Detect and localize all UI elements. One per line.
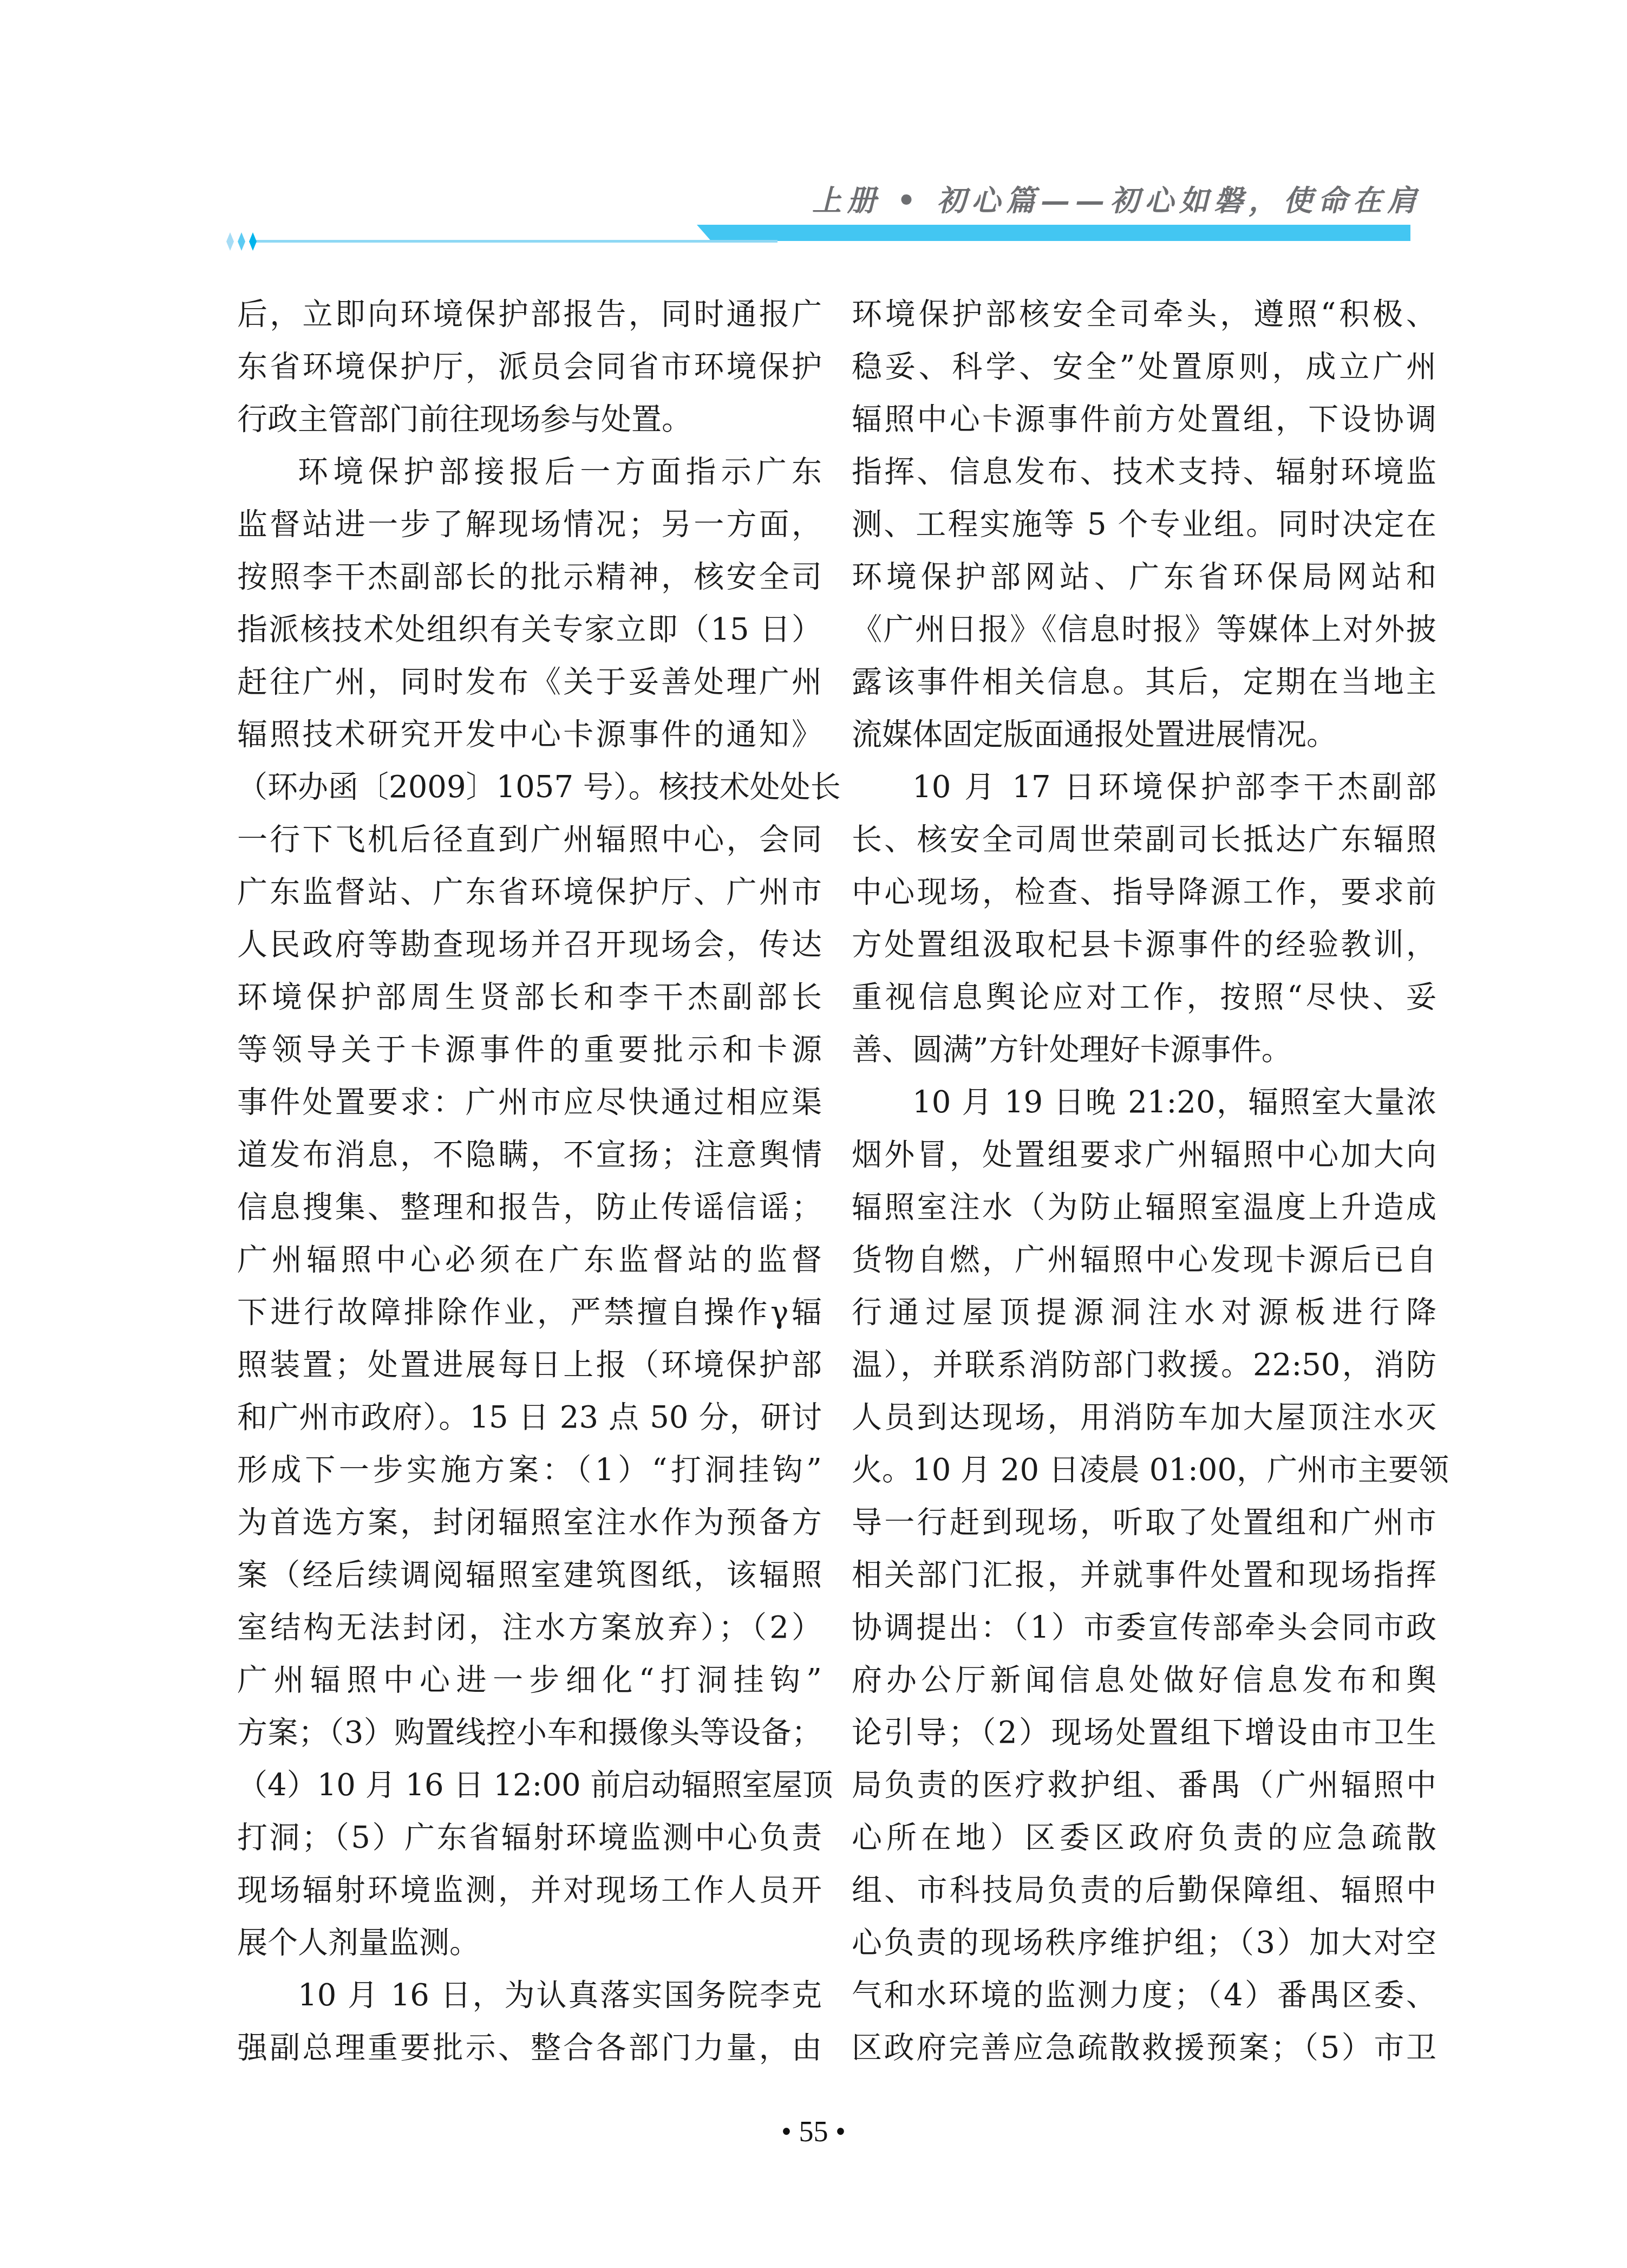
text-line: 流媒体固定版面通报处置进展情况。: [852, 708, 1436, 761]
text-line: 区政府完善应急疏散救援预案；（5）市卫: [852, 2022, 1436, 2074]
text-line: 室结构无法封闭，注水方案放弃）；（2）: [237, 1601, 822, 1654]
text-line: 火。10 月 20 日凌晨 01:00，广州市主要领: [852, 1444, 1436, 1496]
paragraph-start: 环境保护部接报后一方面指示广东: [237, 446, 822, 498]
text-line: 等领导关于卡源事件的重要批示和卡源: [237, 1024, 822, 1076]
left-text-column: 后，立即向环境保护部报告，同时通报广 东省环境保护厅，派员会同省市环境保护 行政…: [237, 288, 822, 2074]
text-line: 《广州日报》《信息时报》等媒体上对外披: [852, 603, 1436, 656]
text-line: 广州辐照中心进一步细化“打洞挂钩”: [237, 1654, 822, 1706]
text-line: 人员到达现场，用消防车加大屋顶注水灭: [852, 1391, 1436, 1444]
text-line: 协调提出：（1）市委宣传部牵头会同市政: [852, 1601, 1436, 1654]
text-line: 环境保护部网站、广东省环保局网站和: [852, 551, 1436, 603]
text-line: 货物自燃，广州辐照中心发现卡源后已自: [852, 1234, 1436, 1286]
text-line: 展个人剂量监测。: [237, 1917, 822, 1969]
text-line: 赶往广州，同时发布《关于妥善处理广州: [237, 656, 822, 708]
text-line: 行政主管部门前往现场参与处置。: [237, 393, 822, 446]
text-line: 心所在地）区委区政府负责的应急疏散: [852, 1811, 1436, 1864]
text-line: 道发布消息，不隐瞒，不宣扬；注意舆情: [237, 1129, 822, 1181]
paragraph-start: 10 月 17 日环境保护部李干杰副部: [852, 761, 1436, 813]
text-line: 长、核安全司周世荣副司长抵达广东辐照: [852, 813, 1436, 866]
diamond-icon: [226, 232, 234, 251]
text-line: 指挥、信息发布、技术支持、辐射环境监: [852, 446, 1436, 498]
text-line: 辐照室注水（为防止辐照室温度上升造成: [852, 1181, 1436, 1234]
text-line: 局负责的医疗救护组、番禺（广州辐照中: [852, 1759, 1436, 1811]
text-line: 现场辐射环境监测，并对现场工作人员开: [237, 1864, 822, 1917]
text-line: 事件处置要求：广州市应尽快通过相应渠: [237, 1076, 822, 1129]
text-line: 广东监督站、广东省环境保护厅、广州市: [237, 866, 822, 918]
running-header-title: 上册 • 初心篇——初心如磐，使命在肩: [812, 179, 1422, 222]
text-line: 相关部门汇报，并就事件处置和现场指挥: [852, 1549, 1436, 1601]
text-line: 辐照技术研究开发中心卡源事件的通知》: [237, 708, 822, 761]
text-line: 后，立即向环境保护部报告，同时通报广: [237, 288, 822, 341]
text-line: 辐照中心卡源事件前方处置组，下设协调: [852, 393, 1436, 446]
text-line: 按照李干杰副部长的批示精神，核安全司: [237, 551, 822, 603]
text-line: 照装置；处置进展每日上报（环境保护部: [237, 1339, 822, 1391]
text-line: 环境保护部核安全司牵头，遵照“积极、: [852, 288, 1436, 341]
text-line: （4）10 月 16 日 12:00 前启动辐照室屋顶: [237, 1759, 822, 1811]
text-line: 导一行赶到现场，听取了处置组和广州市: [852, 1496, 1436, 1549]
paragraph-start: 10 月 19 日晚 21:20，辐照室大量浓: [852, 1076, 1436, 1129]
text-line: 和广州市政府）。15 日 23 点 50 分，研讨: [237, 1391, 822, 1444]
text-line: 环境保护部周生贤部长和李干杰副部长: [237, 971, 822, 1024]
diamond-icon: [238, 232, 245, 251]
text-line: 府办公厅新闻信息处做好信息发布和舆: [852, 1654, 1436, 1706]
text-line: 心负责的现场秩序维护组；（3）加大对空: [852, 1917, 1436, 1969]
text-line: 强副总理重要批示、整合各部门力量，由: [237, 2022, 822, 2074]
text-line: 气和水环境的监测力度；（4）番禺区委、: [852, 1969, 1436, 2022]
right-text-column: 环境保护部核安全司牵头，遵照“积极、 稳妥、科学、安全”处置原则，成立广州 辐照…: [852, 288, 1436, 2074]
text-line: 案（经后续调阅辐照室建筑图纸，该辐照: [237, 1549, 822, 1601]
text-line: 方处置组汲取杞县卡源事件的经验教训，: [852, 918, 1436, 971]
header-rule: [256, 240, 777, 243]
page-number: • 55 •: [0, 2115, 1627, 2148]
text-line: 测、工程实施等 5 个专业组。同时决定在: [852, 498, 1436, 551]
diamond-icon: [249, 232, 257, 251]
text-line: 监督站进一步了解现场情况；另一方面，: [237, 498, 822, 551]
text-line: 重视信息舆论应对工作，按照“尽快、妥: [852, 971, 1436, 1024]
text-line: 善、圆满”方针处理好卡源事件。: [852, 1024, 1436, 1076]
text-line: 广州辐照中心必须在广东监督站的监督: [237, 1234, 822, 1286]
text-line: 温），并联系消防部门救援。22:50，消防: [852, 1339, 1436, 1391]
text-line: 论引导；（2）现场处置组下增设由市卫生: [852, 1706, 1436, 1759]
paragraph-start: 10 月 16 日，为认真落实国务院李克: [237, 1969, 822, 2022]
text-line: 行通过屋顶提源洞注水对源板进行降: [852, 1286, 1436, 1339]
text-line: 露该事件相关信息。其后，定期在当地主: [852, 656, 1436, 708]
header-accent-band: [697, 225, 1410, 241]
text-line: 组、市科技局负责的后勤保障组、辐照中: [852, 1864, 1436, 1917]
text-line: 烟外冒，处置组要求广州辐照中心加大向: [852, 1129, 1436, 1181]
text-line: 信息搜集、整理和报告，防止传谣信谣；: [237, 1181, 822, 1234]
text-line: 稳妥、科学、安全”处置原则，成立广州: [852, 341, 1436, 393]
text-line: 下进行故障排除作业，严禁擅自操作γ辐: [237, 1286, 822, 1339]
text-line: 东省环境保护厅，派员会同省市环境保护: [237, 341, 822, 393]
text-line: 一行下飞机后径直到广州辐照中心，会同: [237, 813, 822, 866]
text-line: 指派核技术处组织有关专家立即（15 日）: [237, 603, 822, 656]
text-line: 形成下一步实施方案：（1）“打洞挂钩”: [237, 1444, 822, 1496]
text-line: 打洞；（5）广东省辐射环境监测中心负责: [237, 1811, 822, 1864]
text-line: 方案；（3）购置线控小车和摄像头等设备；: [237, 1706, 822, 1759]
text-line: （环办函〔2009〕1057 号）。核技术处处长: [237, 761, 822, 813]
text-line: 为首选方案，封闭辐照室注水作为预备方: [237, 1496, 822, 1549]
text-line: 中心现场，检查、指导降源工作，要求前: [852, 866, 1436, 918]
text-line: 人民政府等勘查现场并召开现场会，传达: [237, 918, 822, 971]
